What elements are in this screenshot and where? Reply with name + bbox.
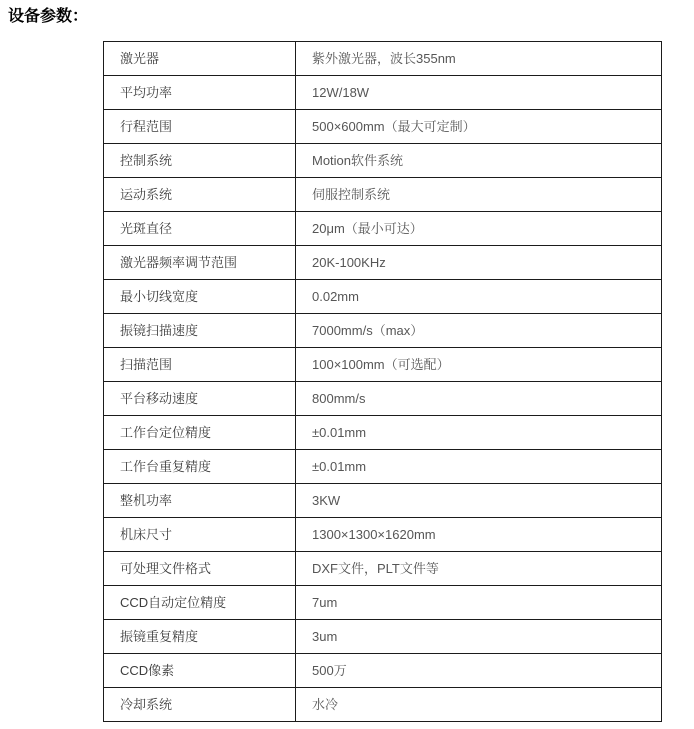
param-label: 行程范围 — [104, 110, 296, 144]
page-title: 设备参数： — [8, 6, 88, 28]
table-row: 工作台重复精度 ±0.01mm — [104, 450, 662, 484]
table-row: 平均功率 12W/18W — [104, 76, 662, 110]
param-value: 20K-100KHz — [296, 246, 662, 280]
table-row: CCD自动定位精度 7um — [104, 586, 662, 620]
table-row: 平台移动速度 800mm/s — [104, 382, 662, 416]
param-value: ±0.01mm — [296, 450, 662, 484]
table-row: 工作台定位精度 ±0.01mm — [104, 416, 662, 450]
table-row: 最小切线宽度 0.02mm — [104, 280, 662, 314]
table-row: 行程范围 500×600mm（最大可定制） — [104, 110, 662, 144]
param-value: 水冷 — [296, 688, 662, 722]
param-label: 激光器 — [104, 42, 296, 76]
spec-table-body: 激光器 紫外激光器，波长355nm 平均功率 12W/18W 行程范围 500×… — [104, 42, 662, 722]
param-label: CCD像素 — [104, 654, 296, 688]
param-label: 控制系统 — [104, 144, 296, 178]
param-value: 7000mm/s（max） — [296, 314, 662, 348]
param-value: 3KW — [296, 484, 662, 518]
param-value: 1300×1300×1620mm — [296, 518, 662, 552]
table-row: 激光器 紫外激光器，波长355nm — [104, 42, 662, 76]
param-label: 平均功率 — [104, 76, 296, 110]
param-label: 扫描范围 — [104, 348, 296, 382]
param-value: 0.02mm — [296, 280, 662, 314]
param-value: 12W/18W — [296, 76, 662, 110]
param-value: 500×600mm（最大可定制） — [296, 110, 662, 144]
table-row: 冷却系统 水冷 — [104, 688, 662, 722]
param-value: 伺服控制系统 — [296, 178, 662, 212]
param-label: 运动系统 — [104, 178, 296, 212]
param-label: 工作台重复精度 — [104, 450, 296, 484]
table-row: 光斑直径 20μm（最小可达） — [104, 212, 662, 246]
document-page: 设备参数： 激光器 紫外激光器，波长355nm 平均功率 12W/18W 行程范… — [0, 0, 694, 729]
param-label: CCD自动定位精度 — [104, 586, 296, 620]
param-label: 整机功率 — [104, 484, 296, 518]
table-row: 控制系统 Motion软件系统 — [104, 144, 662, 178]
table-row: 激光器频率调节范围 20K-100KHz — [104, 246, 662, 280]
param-label: 激光器频率调节范围 — [104, 246, 296, 280]
param-label: 振镜重复精度 — [104, 620, 296, 654]
param-value: Motion软件系统 — [296, 144, 662, 178]
param-label: 平台移动速度 — [104, 382, 296, 416]
param-value: ±0.01mm — [296, 416, 662, 450]
param-label: 机床尺寸 — [104, 518, 296, 552]
param-label: 可处理文件格式 — [104, 552, 296, 586]
param-value: 100×100mm（可选配） — [296, 348, 662, 382]
table-row: 振镜扫描速度 7000mm/s（max） — [104, 314, 662, 348]
param-label: 最小切线宽度 — [104, 280, 296, 314]
param-value: 20μm（最小可达） — [296, 212, 662, 246]
table-row: 振镜重复精度 3um — [104, 620, 662, 654]
table-row: 可处理文件格式 DXF文件，PLT文件等 — [104, 552, 662, 586]
param-label: 工作台定位精度 — [104, 416, 296, 450]
param-value: 紫外激光器，波长355nm — [296, 42, 662, 76]
param-label: 振镜扫描速度 — [104, 314, 296, 348]
param-value: 7um — [296, 586, 662, 620]
spec-table: 激光器 紫外激光器，波长355nm 平均功率 12W/18W 行程范围 500×… — [103, 41, 662, 722]
param-label: 光斑直径 — [104, 212, 296, 246]
param-value: 3um — [296, 620, 662, 654]
table-row: 扫描范围 100×100mm（可选配） — [104, 348, 662, 382]
param-label: 冷却系统 — [104, 688, 296, 722]
param-value: 500万 — [296, 654, 662, 688]
table-row: 整机功率 3KW — [104, 484, 662, 518]
table-row: 机床尺寸 1300×1300×1620mm — [104, 518, 662, 552]
param-value: 800mm/s — [296, 382, 662, 416]
table-row: 运动系统 伺服控制系统 — [104, 178, 662, 212]
param-value: DXF文件，PLT文件等 — [296, 552, 662, 586]
table-row: CCD像素 500万 — [104, 654, 662, 688]
